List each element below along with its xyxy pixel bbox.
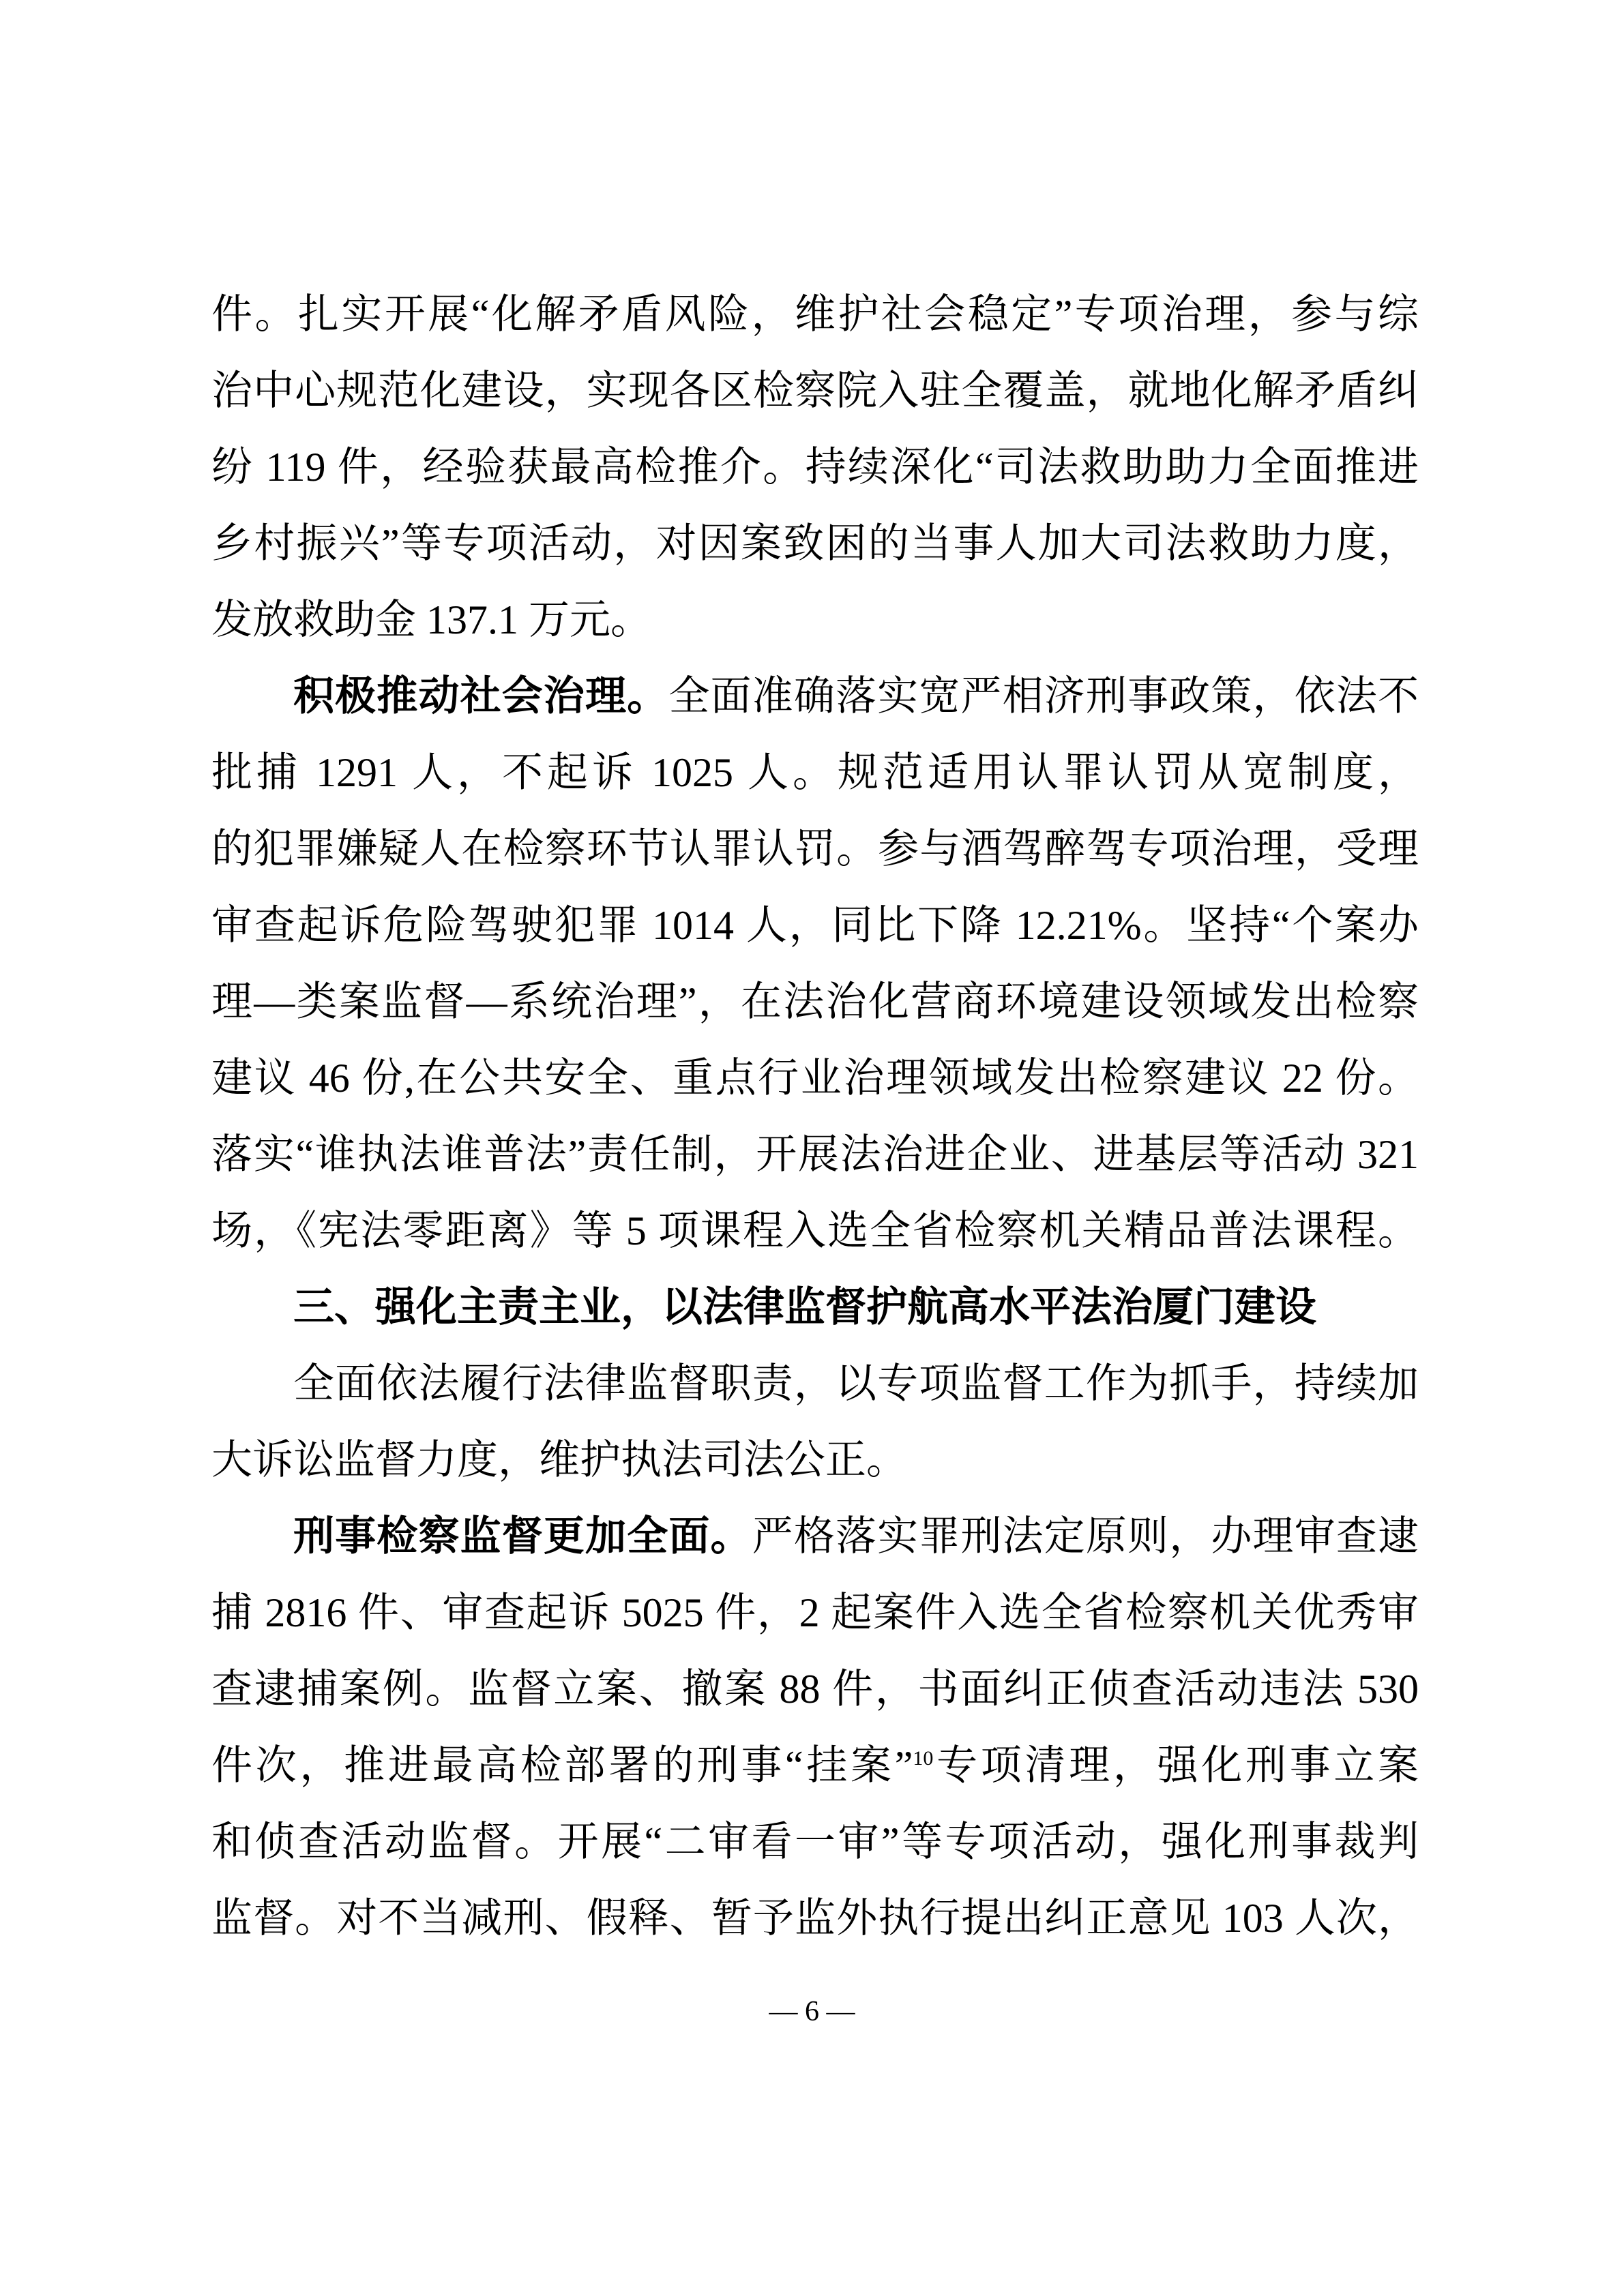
body-text: 落实“谁执法谁普法”责任制，开展法治进企业、进基层等活动 321	[211, 1132, 1419, 1177]
text-line: 件次，推进最高检部署的刑事“挂案”10专项清理，强化刑事立案	[211, 1727, 1419, 1804]
text-line: 批捕 1291 人，不起诉 1025 人。规范适用认罪认罚从宽制度，81.2%	[211, 734, 1419, 811]
page-number: — 6 —	[0, 1991, 1624, 2032]
text-line: 查逮捕案例。监督立案、撤案 88 件，书面纠正侦查活动违法 530	[211, 1651, 1419, 1727]
text-line: 治中心规范化建设，实现各区检察院入驻全覆盖，就地化解矛盾纠	[211, 353, 1419, 429]
text-line: 捕 2816 件、审查起诉 5025 件，2 起案件入选全省检察机关优秀审	[211, 1575, 1419, 1651]
footnote-ref: 10	[913, 1747, 933, 1770]
text-line: 场，《宪法零距离》等 5 项课程入选全省检察机关精品普法课程。	[211, 1193, 1419, 1269]
body-text: 发放救助金 137.1 万元。	[211, 597, 651, 642]
body-text: 建议 46 份,在公共安全、重点行业治理领域发出检察建议 22 份。	[211, 1056, 1419, 1101]
body-text: 的犯罪嫌疑人在检察环节认罪认罚。参与酒驾醉驾专项治理，受理	[211, 826, 1419, 871]
body-text: 严格落实罪刑法定原则，办理审查逮	[752, 1514, 1419, 1559]
text-block: 件。扎实开展“化解矛盾风险，维护社会稳定”专项治理，参与综治中心规范化建设，实现…	[211, 276, 1419, 1956]
body-text: 捕 2816 件、审查起诉 5025 件，2 起案件入选全省检察机关优秀审	[211, 1590, 1419, 1635]
text-line: 纷 119 件，经验获最高检推介。持续深化“司法救助助力全面推进	[211, 429, 1419, 505]
body-text: 和侦查活动监督。开展“二审看一审”等专项活动，强化刑事裁判	[211, 1819, 1419, 1864]
bold-lead-text: 刑事检察监督更加全面。	[293, 1513, 752, 1559]
body-text: 场，《宪法零距离》等 5 项课程入选全省检察机关精品普法课程。	[211, 1208, 1419, 1253]
bold-lead-text: 积极推动社会治理。	[293, 673, 668, 719]
body-text: 治中心规范化建设，实现各区检察院入驻全覆盖，就地化解矛盾纠	[211, 368, 1419, 413]
text-line: 件。扎实开展“化解矛盾风险，维护社会稳定”专项治理，参与综	[211, 276, 1419, 353]
text-line: 和侦查活动监督。开展“二审看一审”等专项活动，强化刑事裁判	[211, 1804, 1419, 1880]
body-text: 件。扎实开展“化解矛盾风险，维护社会稳定”专项治理，参与综	[211, 292, 1419, 337]
body-text: 监督。对不当减刑、假释、暂予监外执行提出纠正意见 103 人次，	[211, 1896, 1419, 1941]
text-line: 大诉讼监督力度，维护执法司法公正。	[211, 1422, 1419, 1498]
document-page: 件。扎实开展“化解矛盾风险，维护社会稳定”专项治理，参与综治中心规范化建设，实现…	[0, 0, 1624, 2296]
text-line: 落实“谁执法谁普法”责任制，开展法治进企业、进基层等活动 321	[211, 1116, 1419, 1193]
text-line: 审查起诉危险驾驶犯罪 1014 人，同比下降 12.21%。坚持“个案办	[211, 887, 1419, 964]
body-text: 理—类案监督—系统治理”，在法治化营商环境建设领域发出检察	[211, 979, 1419, 1024]
text-line: 积极推动社会治理。全面准确落实宽严相济刑事政策，依法不	[211, 658, 1419, 734]
text-line: 理—类案监督—系统治理”，在法治化营商环境建设领域发出检察	[211, 964, 1419, 1040]
body-text: 专项清理，强化刑事立案	[933, 1743, 1419, 1788]
body-text: 件次，推进最高检部署的刑事“挂案”	[211, 1743, 913, 1788]
heading-text: 三、强化主责主业，以法律监督护航高水平法治厦门建设	[293, 1284, 1316, 1330]
text-line: 的犯罪嫌疑人在检察环节认罪认罚。参与酒驾醉驾专项治理，受理	[211, 811, 1419, 887]
text-line: 发放救助金 137.1 万元。	[211, 582, 1419, 658]
text-line: 全面依法履行法律监督职责，以专项监督工作为抓手，持续加	[211, 1345, 1419, 1422]
text-line: 刑事检察监督更加全面。严格落实罪刑法定原则，办理审查逮	[211, 1498, 1419, 1575]
text-line: 乡村振兴”等专项活动，对因案致困的当事人加大司法救助力度，	[211, 505, 1419, 582]
body-text: 大诉讼监督力度，维护执法司法公正。	[211, 1437, 907, 1482]
body-text: 批捕 1291 人，不起诉 1025 人。规范适用认罪认罚从宽制度，81.2%	[211, 750, 1419, 811]
text-line: 监督。对不当减刑、假释、暂予监外执行提出纠正意见 103 人次，	[211, 1880, 1419, 1956]
body-text: 查逮捕案例。监督立案、撤案 88 件，书面纠正侦查活动违法 530	[211, 1667, 1419, 1712]
body-text: 乡村振兴”等专项活动，对因案致困的当事人加大司法救助力度，	[211, 521, 1419, 566]
body-text: 纷 119 件，经验获最高检推介。持续深化“司法救助助力全面推进	[211, 445, 1419, 490]
text-line: 建议 46 份,在公共安全、重点行业治理领域发出检察建议 22 份。	[211, 1040, 1419, 1116]
body-text: 全面准确落实宽严相济刑事政策，依法不	[668, 674, 1419, 719]
body-text: 审查起诉危险驾驶犯罪 1014 人，同比下降 12.21%。坚持“个案办	[211, 903, 1419, 948]
body-text: 全面依法履行法律监督职责，以专项监督工作为抓手，持续加	[293, 1361, 1419, 1406]
section-heading: 三、强化主责主业，以法律监督护航高水平法治厦门建设	[211, 1269, 1419, 1345]
